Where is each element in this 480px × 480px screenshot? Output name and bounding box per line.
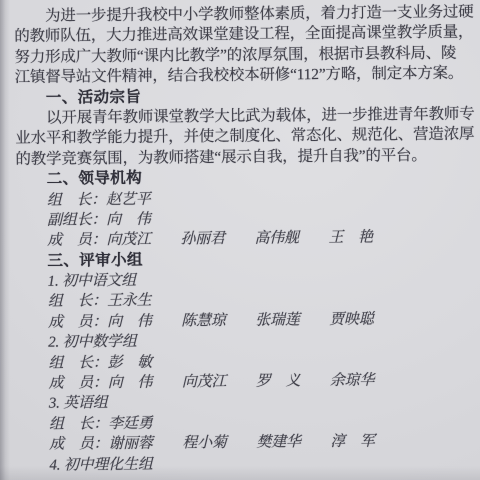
text-line: 江镇督导站文件精神，结合我校校本研修“112”方略，制定本方案。 bbox=[15, 64, 473, 89]
document-photo: 为进一步提升我校中小学教师整体素质，着力打造一支业务过硬的教师队伍，大力推进高效… bbox=[0, 0, 480, 480]
document-text: 为进一步提升我校中小学教师整体素质，着力打造一支业务过硬的教师队伍，大力推进高效… bbox=[14, 3, 476, 476]
text-line: 4. 初中理化生组 bbox=[18, 451, 476, 476]
